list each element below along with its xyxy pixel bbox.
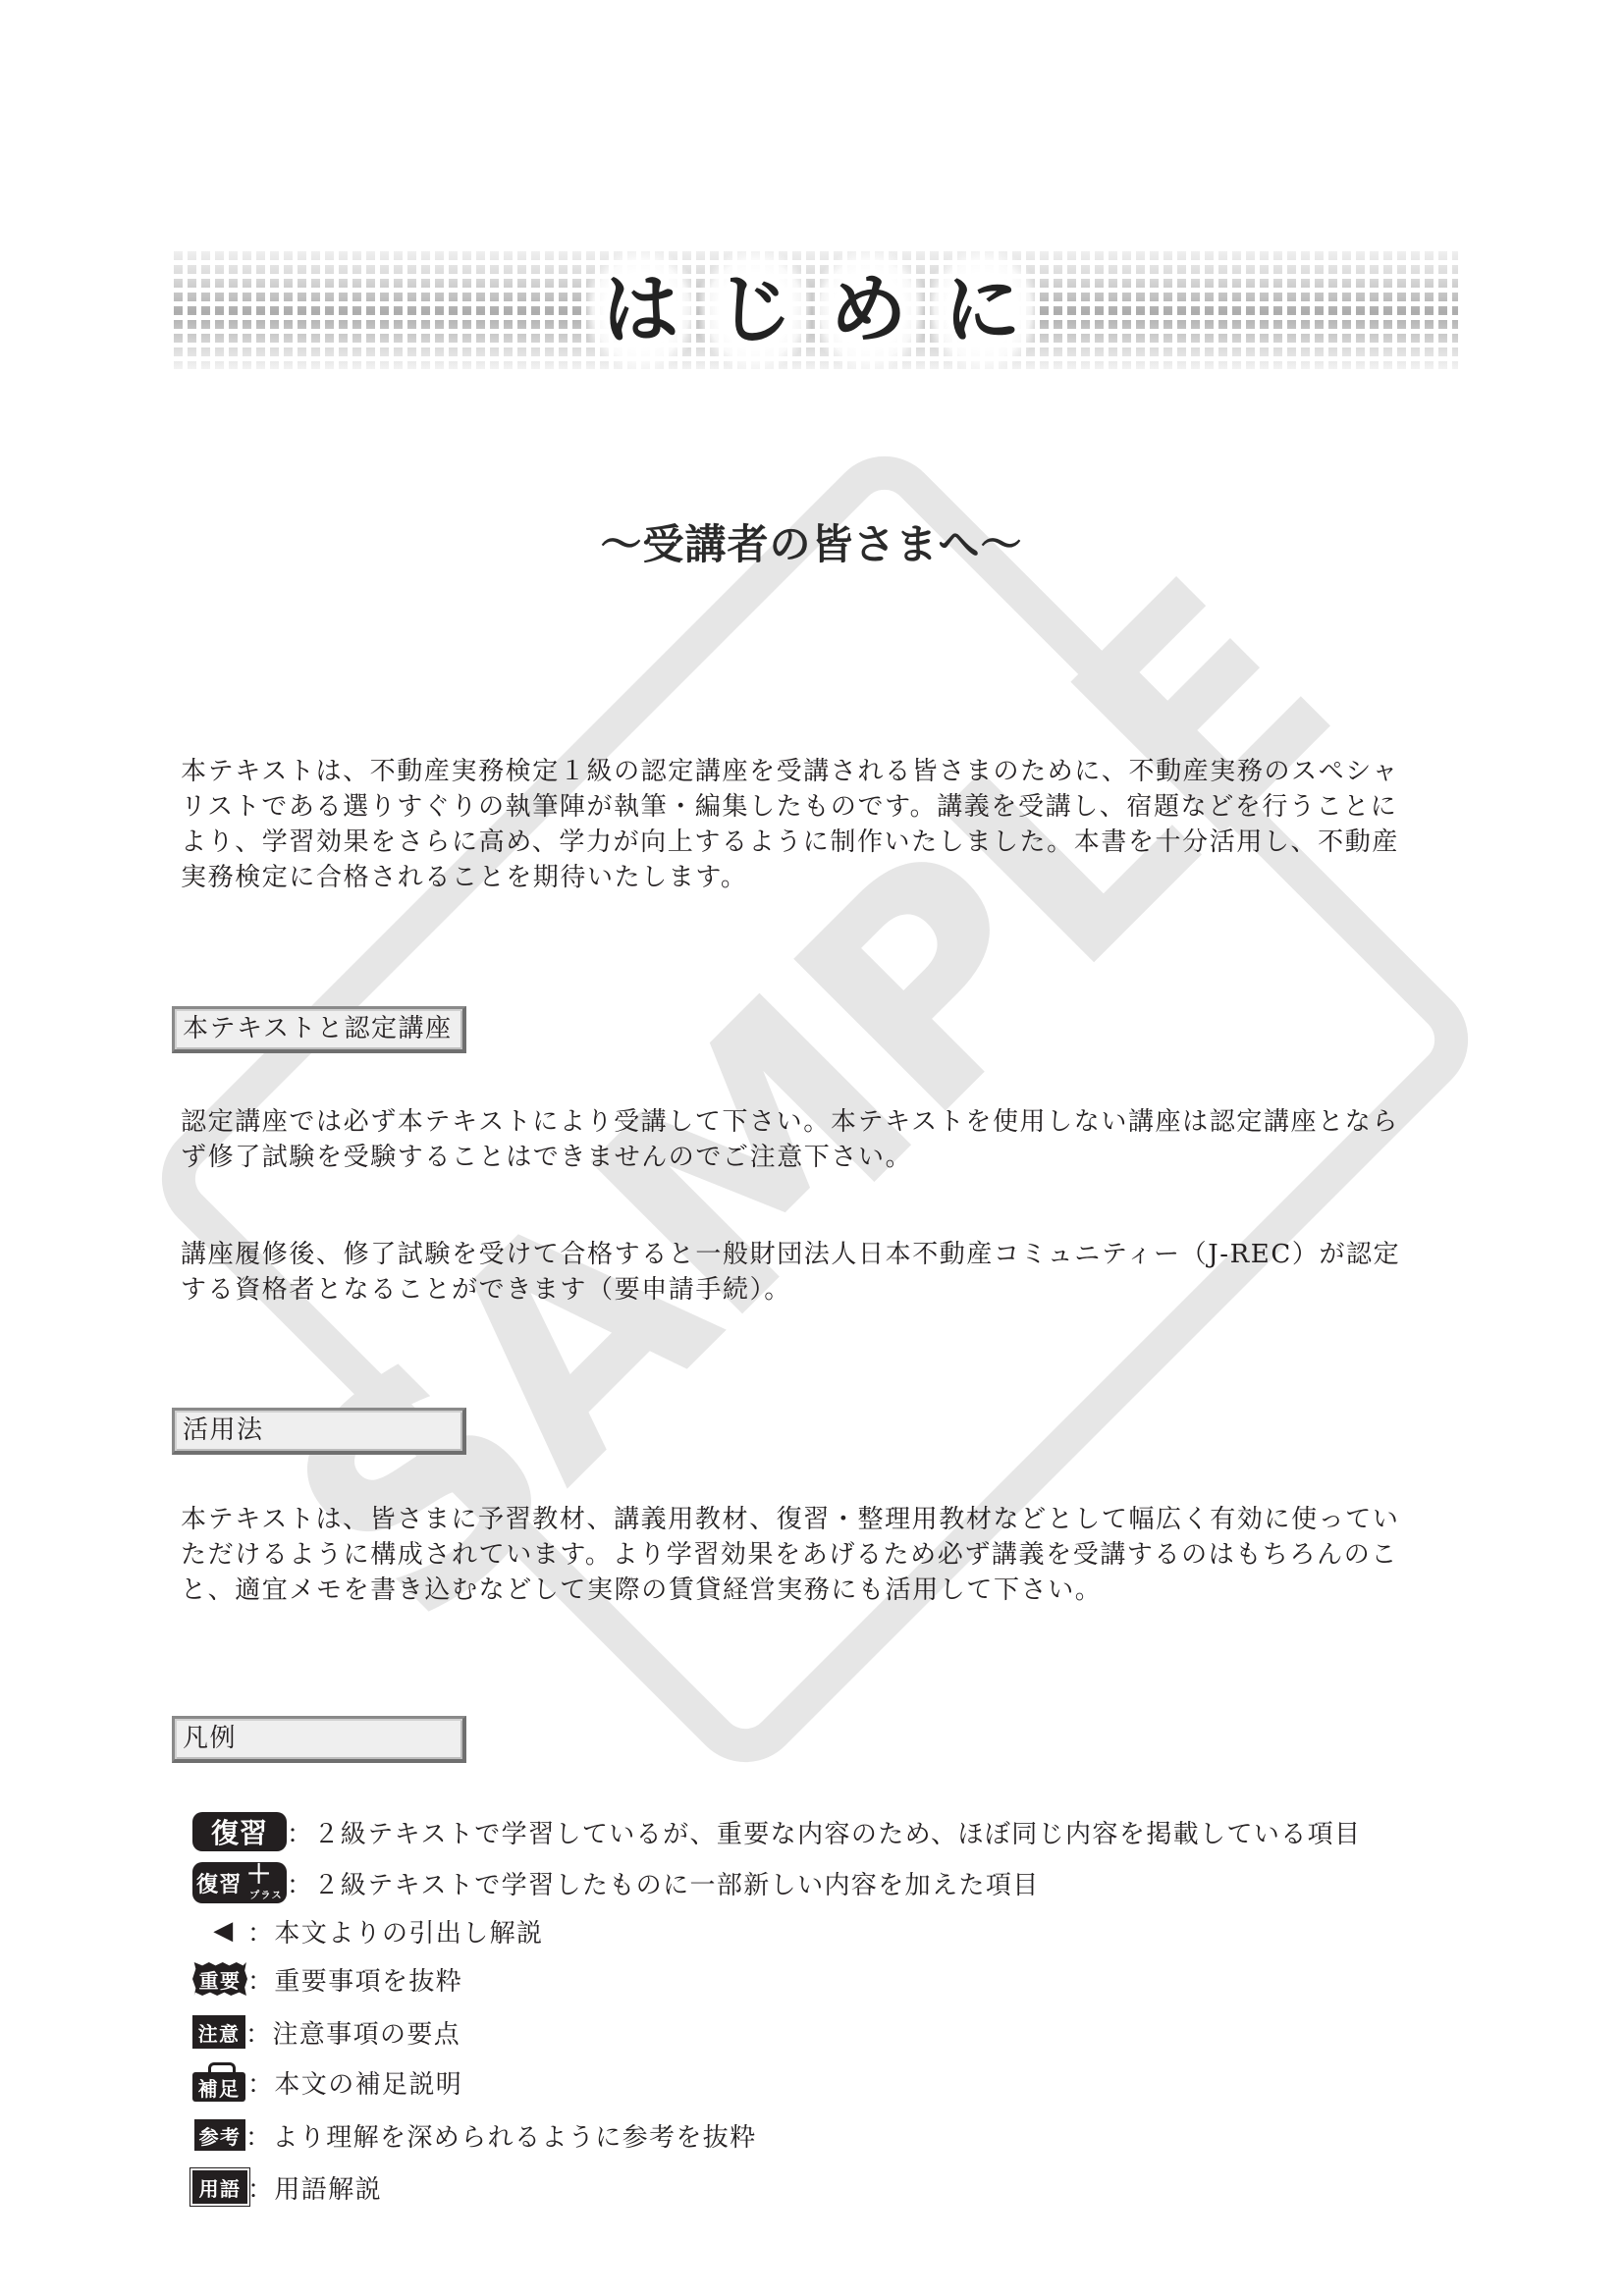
legend-description: ：本文よりの引出し解説 [247, 1913, 543, 1949]
paragraph-line: ただけるように構成されています。より学習効果をあげるため必ず講義を受講するのはも… [181, 1537, 1447, 1573]
title-char: め [812, 251, 926, 369]
paragraph-line: 認定講座では必ず本テキストにより受講して下さい。本テキストを使用しない講座は認定… [181, 1104, 1447, 1140]
section-heading-legend: 凡例 [172, 1716, 466, 1763]
legend-description: ：注意事項の要点 [245, 2014, 460, 2051]
section-paragraph: 認定講座では必ず本テキストにより受講して下さい。本テキストを使用しない講座は認定… [181, 1104, 1447, 1175]
fukushu-plus-label: 復習 [196, 1868, 243, 1898]
paragraph-line: リストである選りすぐりの執筆陣が執筆・編集したものです。講義を受講し、宿題などを… [181, 789, 1447, 825]
legend-item-fukushu: 復習 ：２級テキストで学習しているが、重要な内容のため、ほぼ同じ内容を掲載してい… [181, 1811, 1361, 1852]
legend-item-fukushu-plus: 復習 ＋ プラス ：２級テキストで学習したものに一部新しい内容を加えた項目 [181, 1862, 1040, 1903]
section-paragraph: 講座履修後、修了試験を受けて合格すると一般財団法人日本不動産コミュニティー（J-… [181, 1237, 1447, 1308]
legend-item-chui: 注意 ：注意事項の要点 [181, 2011, 460, 2053]
chui-folder-icon: 注意 [192, 2015, 245, 2049]
plus-caption: プラス [249, 1891, 283, 1902]
legend-item-yogo: 用語 ：用語解説 [181, 2166, 382, 2208]
fukushu-badge-icon: 復習 [192, 1812, 287, 1851]
plus-icon: ＋ [246, 1860, 273, 1890]
page-subtitle: 〜受講者の皆さまへ〜 [0, 515, 1623, 574]
legend-description: ：用語解説 [247, 2169, 382, 2206]
legend-description: ：重要事項を抜粋 [247, 1961, 462, 1998]
sanko-box-icon: 参考 [194, 2119, 245, 2151]
legend-item-arrow: ◀ ：本文よりの引出し解説 [181, 1910, 543, 1951]
title-char: じ [698, 251, 812, 369]
paragraph-line: より、学習効果をさらに高め、学力が向上するように制作いたしました。本書を十分活用… [181, 825, 1447, 860]
legend-description: ：本文の補足説明 [247, 2064, 462, 2101]
title-char: に [926, 251, 1040, 369]
legend-item-sanko: 参考 ：より理解を深められるように参考を抜粋 [181, 2114, 757, 2156]
paragraph-line: 講座履修後、修了試験を受けて合格すると一般財団法人日本不動産コミュニティー（J-… [181, 1237, 1447, 1272]
legend-item-hosoku: 補足 ：本文の補足説明 [181, 2061, 462, 2103]
paragraph-line: する資格者となることができます（要申請手続）。 [181, 1272, 1447, 1308]
legend-item-juyo: 重要 ：重要事項を抜粋 [181, 1958, 462, 2000]
fukushu-plus-badge-icon: 復習 ＋ プラス [192, 1862, 287, 1903]
section-paragraph: 本テキストは、皆さまに予習教材、講義用教材、復習・整理用教材などとして幅広く有効… [181, 1502, 1447, 1608]
page-title: は じ め に [0, 251, 1623, 369]
legend-description: ：２級テキストで学習したものに一部新しい内容を加えた項目 [287, 1865, 1040, 1901]
paragraph-line: と、適宜メモを書き込むなどして実際の賃貸経営実務にも活用して下さい。 [181, 1573, 1447, 1608]
paragraph-line: 実務検定に合格されることを期待いたします。 [181, 860, 1447, 895]
intro-paragraph: 本テキストは、不動産実務検定１級の認定講座を受講される皆さまのために、不動産実務… [181, 754, 1447, 895]
section-heading-usage: 活用法 [172, 1408, 466, 1455]
hosoku-briefcase-icon: 補足 [192, 2062, 247, 2102]
legend-description: ：より理解を深められるように参考を抜粋 [245, 2117, 757, 2154]
section-heading-text-and-course: 本テキストと認定講座 [172, 1006, 466, 1053]
paragraph-line: 本テキストは、不動産実務検定１級の認定講座を受講される皆さまのために、不動産実務… [181, 754, 1447, 789]
yogo-book-icon: 用語 [192, 2170, 247, 2204]
title-char: は [584, 251, 698, 369]
paragraph-line: ず修了試験を受験することはできませんのでご注意下さい。 [181, 1140, 1447, 1175]
paragraph-line: 本テキストは、皆さまに予習教材、講義用教材、復習・整理用教材などとして幅広く有効… [181, 1502, 1447, 1537]
hosoku-label: 補足 [192, 2072, 245, 2102]
juyo-burst-icon: 重要 [192, 1962, 247, 1996]
legend-description: ：２級テキストで学習しているが、重要な内容のため、ほぼ同じ内容を掲載している項目 [287, 1814, 1361, 1850]
left-triangle-icon: ◀ [200, 1911, 247, 1950]
